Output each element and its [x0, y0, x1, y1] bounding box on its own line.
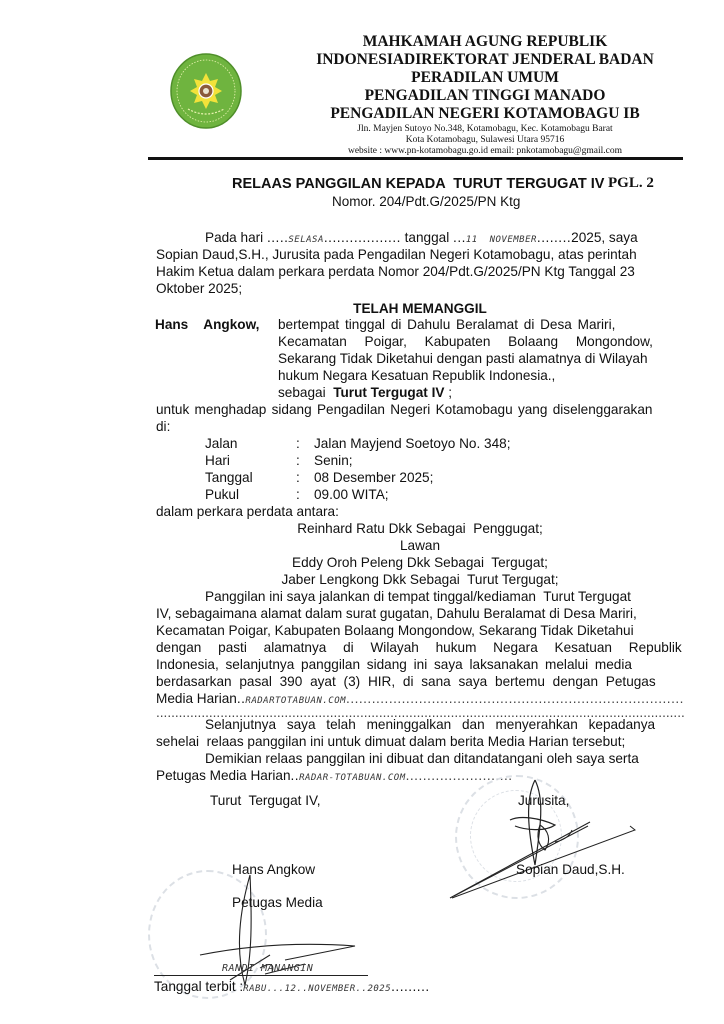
hearing-colon: :	[296, 435, 300, 452]
pada-hari-label: Pada hari	[205, 230, 263, 245]
hearing-value-tanggal: 08 Desember 2025;	[314, 469, 433, 486]
execution-line-4: dengan pasti alamatnya di Wilayah hukum …	[156, 639, 682, 656]
jurusita-signature-icon	[440, 770, 640, 900]
party-address-line-2: Kecamatan Poigar, Kabupaten Bolaang Mong…	[278, 333, 684, 350]
document-title: RELAAS PANGGILAN KEPADA TURUT TERGUGAT I…	[232, 176, 604, 192]
handwritten-publication-date: RABU...12..NOVEMBER..2025	[243, 984, 391, 994]
party-role-suffix: ;	[448, 385, 452, 400]
summoned-party-name: Hans Angkow,	[155, 316, 259, 333]
hearing-colon: :	[296, 486, 300, 503]
hearing-label-jalan: Jalan	[205, 435, 238, 452]
summons-number-badge: PGL. 2	[608, 175, 654, 192]
party-address-line-1: bertempat tinggal di Dahulu Beralamat di…	[278, 316, 684, 333]
parties-intro: dalam perkara perdata antara:	[156, 503, 339, 520]
letterhead-line-5: PENGADILAN NEGERI KOTAMOBAGU IB	[290, 105, 680, 123]
left-signatory-title: Turut Tergugat IV,	[210, 792, 321, 809]
media-label: Petugas Media Harian	[156, 768, 291, 783]
closing-line-3: Demikian relaas panggilan ini dibuat dan…	[205, 750, 639, 767]
hearing-colon: :	[296, 469, 300, 486]
execution-line-2: IV, sebagaimana alamat dalam surat gugat…	[156, 605, 637, 622]
co-defendant: Jaber Lengkong Dkk Sebagai Turut Terguga…	[156, 571, 684, 588]
handwritten-day: SELASA	[288, 235, 324, 245]
purpose-line-2: di:	[156, 418, 170, 435]
hearing-colon: :	[296, 452, 300, 469]
hearing-value-pukul: 09.00 WITA;	[314, 486, 389, 503]
sebagai-label: sebagai	[278, 385, 326, 400]
tanggal-label: tanggal	[405, 230, 450, 245]
hearing-label-hari: Hari	[205, 452, 230, 469]
handwritten-media-signer: RANDI MANANGIN	[222, 963, 313, 974]
party-address-line-2-text: Kecamatan Poigar, Kabupaten Bolaang Mong…	[278, 333, 653, 350]
letterhead-rule	[148, 157, 683, 160]
year-suffix: 2025, saya	[571, 230, 638, 245]
handwritten-media-name-2: RADAR-TOTABUAN.COM	[299, 773, 406, 783]
versus: Lawan	[156, 537, 684, 554]
purpose-line-1: untuk menghadap sidang Pengadilan Negeri…	[156, 401, 652, 418]
party-address-line-3: Sekarang Tidak Diketahui dengan pasti al…	[278, 350, 648, 367]
opening-line-2: Sopian Daud,S.H., Jurusita pada Pengadil…	[156, 246, 684, 263]
party-address-line-4: hukum Negara Kesatuan Republik Indonesia…	[278, 367, 555, 384]
hearing-label-tanggal: Tanggal	[205, 469, 253, 486]
hearing-value-hari: Senin;	[314, 452, 353, 469]
execution-line-5: Indonesia, selanjutnya panggilan sidang …	[156, 656, 632, 673]
court-emblem-icon	[170, 53, 242, 129]
defendant: Eddy Oroh Peleng Dkk Sebagai Tergugat;	[156, 554, 684, 571]
right-signatory-name: Sopian Daud,S.H.	[516, 861, 625, 878]
execution-line-6: berdasarkan pasal 390 ayat (3) HIR, di s…	[156, 673, 656, 690]
execution-line-1: Panggilan ini saya jalankan di tempat ti…	[205, 588, 631, 605]
plaintiff: Reinhard Ratu Dkk Sebagai Penggugat;	[156, 520, 684, 537]
publication-date-label: Tanggal terbit :	[154, 979, 243, 994]
letterhead-line-3: PERADILAN UMUM	[290, 69, 680, 87]
letterhead-line-2: INDONESIADIREKTORAT JENDERAL BADAN	[290, 51, 680, 69]
party-role-line: sebagai Turut Tergugat IV ;	[278, 384, 452, 401]
case-number: Nomor. 204/Pdt.G/2025/PN Ktg	[332, 194, 520, 209]
closing-line-2: sehelai relaas panggilan ini untuk dimua…	[156, 733, 625, 750]
letterhead-line-4: PENGADILAN TINGGI MANADO	[290, 87, 680, 105]
handwritten-date: 11 NOVEMBER	[466, 235, 537, 245]
closing-line-1: Selanjutnya saya telah meninggalkan dan …	[205, 716, 655, 733]
letterhead-line-1: MAHKAMAH AGUNG REPUBLIK	[290, 33, 680, 51]
execution-line-3: Kecamatan Poigar, Kabupaten Bolaang Mong…	[156, 622, 634, 639]
hearing-label-pukul: Pukul	[205, 486, 239, 503]
summons-heading: TELAH MEMANGGIL	[156, 300, 684, 317]
opening-line-3: Hakim Ketua dalam perkara perdata Nomor …	[156, 263, 684, 280]
signature-underline	[154, 975, 368, 976]
opening-line-4: Oktober 2025;	[156, 280, 242, 297]
letterhead-contact: website : www.pn-kotamobagu.go.id email:…	[290, 145, 680, 157]
party-role: Turut Tergugat IV	[333, 385, 444, 400]
publication-date-line: Tanggal terbit :RABU...12..NOVEMBER..202…	[154, 978, 430, 998]
hearing-value-jalan: Jalan Mayjend Soetoyo No. 348;	[314, 435, 510, 452]
